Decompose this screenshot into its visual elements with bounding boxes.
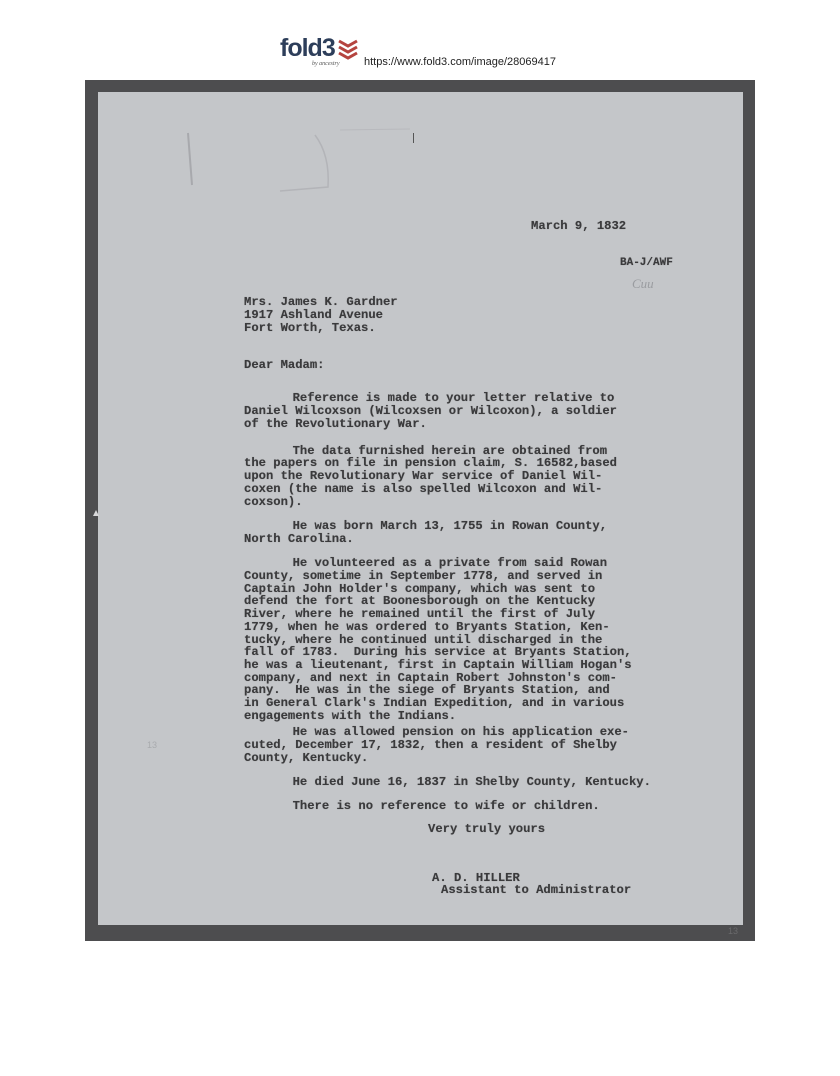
body-line: There is no reference to wife or childre… xyxy=(256,800,600,813)
body-line: defend the fort at Boonesborough on the … xyxy=(244,595,595,608)
recipient-line: 1917 Ashland Avenue xyxy=(244,309,383,322)
closing: Very truly yours xyxy=(428,823,545,836)
body-line: Reference is made to your letter relativ… xyxy=(256,392,614,405)
corner-mark: 13 xyxy=(728,926,738,936)
body-line: the papers on file in pension claim, S. … xyxy=(244,457,617,470)
body-line: North Carolina. xyxy=(244,533,354,546)
body-line: pany. He was in the siege of Bryants Sta… xyxy=(244,684,610,697)
body-line: coxen (the name is also spelled Wilcoxon… xyxy=(244,483,602,496)
body-line: fall of 1783. During his service at Brya… xyxy=(244,646,632,659)
body-line: County, Kentucky. xyxy=(244,752,368,765)
pencil-marks xyxy=(180,125,440,195)
margin-mark: 13 xyxy=(147,740,157,750)
signer-title: Assistant to Administrator xyxy=(441,884,631,897)
fold3-chevron-icon xyxy=(337,38,359,60)
body-line: engagements with the Indians. xyxy=(244,710,456,723)
reference-code: BA-J/AWF xyxy=(620,257,673,270)
body-line: coxson). xyxy=(244,496,303,509)
ancestry-byline: by ancestry xyxy=(312,61,340,67)
recipient-line: Fort Worth, Texas. xyxy=(244,322,376,335)
paper-edge-mark xyxy=(93,510,99,516)
body-line: He died June 16, 1837 in Shelby County, … xyxy=(256,776,651,789)
body-line: cuted, December 17, 1832, then a residen… xyxy=(244,739,617,752)
body-line: 1779, when he was ordered to Bryants Sta… xyxy=(244,621,610,634)
salutation: Dear Madam: xyxy=(244,359,324,372)
fold3-logo: fold3 xyxy=(280,34,335,62)
body-line: upon the Revolutionary War service of Da… xyxy=(244,470,602,483)
body-line: River, where he remained until the first… xyxy=(244,608,595,621)
handwritten-initials: Cuu xyxy=(632,276,654,292)
body-line: He volunteered as a private from said Ro… xyxy=(256,557,607,570)
pencil-tick xyxy=(413,133,414,143)
letter-date: March 9, 1832 xyxy=(531,220,626,233)
source-url: https://www.fold3.com/image/28069417 xyxy=(364,56,556,68)
body-line: of the Revolutionary War. xyxy=(244,418,427,431)
body-line: he was a lieutenant, first in Captain Wi… xyxy=(244,659,632,672)
recipient-line: Mrs. James K. Gardner xyxy=(244,296,398,309)
body-line: He was allowed pension on his applicatio… xyxy=(256,726,629,739)
body-line: County, sometime in September 1778, and … xyxy=(244,570,602,583)
body-line: He was born March 13, 1755 in Rowan Coun… xyxy=(256,520,607,533)
fold3-header: fold3 by ancestry https://www.fold3.com/… xyxy=(280,34,600,74)
body-line: in General Clark's Indian Expedition, an… xyxy=(244,697,624,710)
body-line: Daniel Wilcoxson (Wilcoxsen or Wilcoxon)… xyxy=(244,405,617,418)
